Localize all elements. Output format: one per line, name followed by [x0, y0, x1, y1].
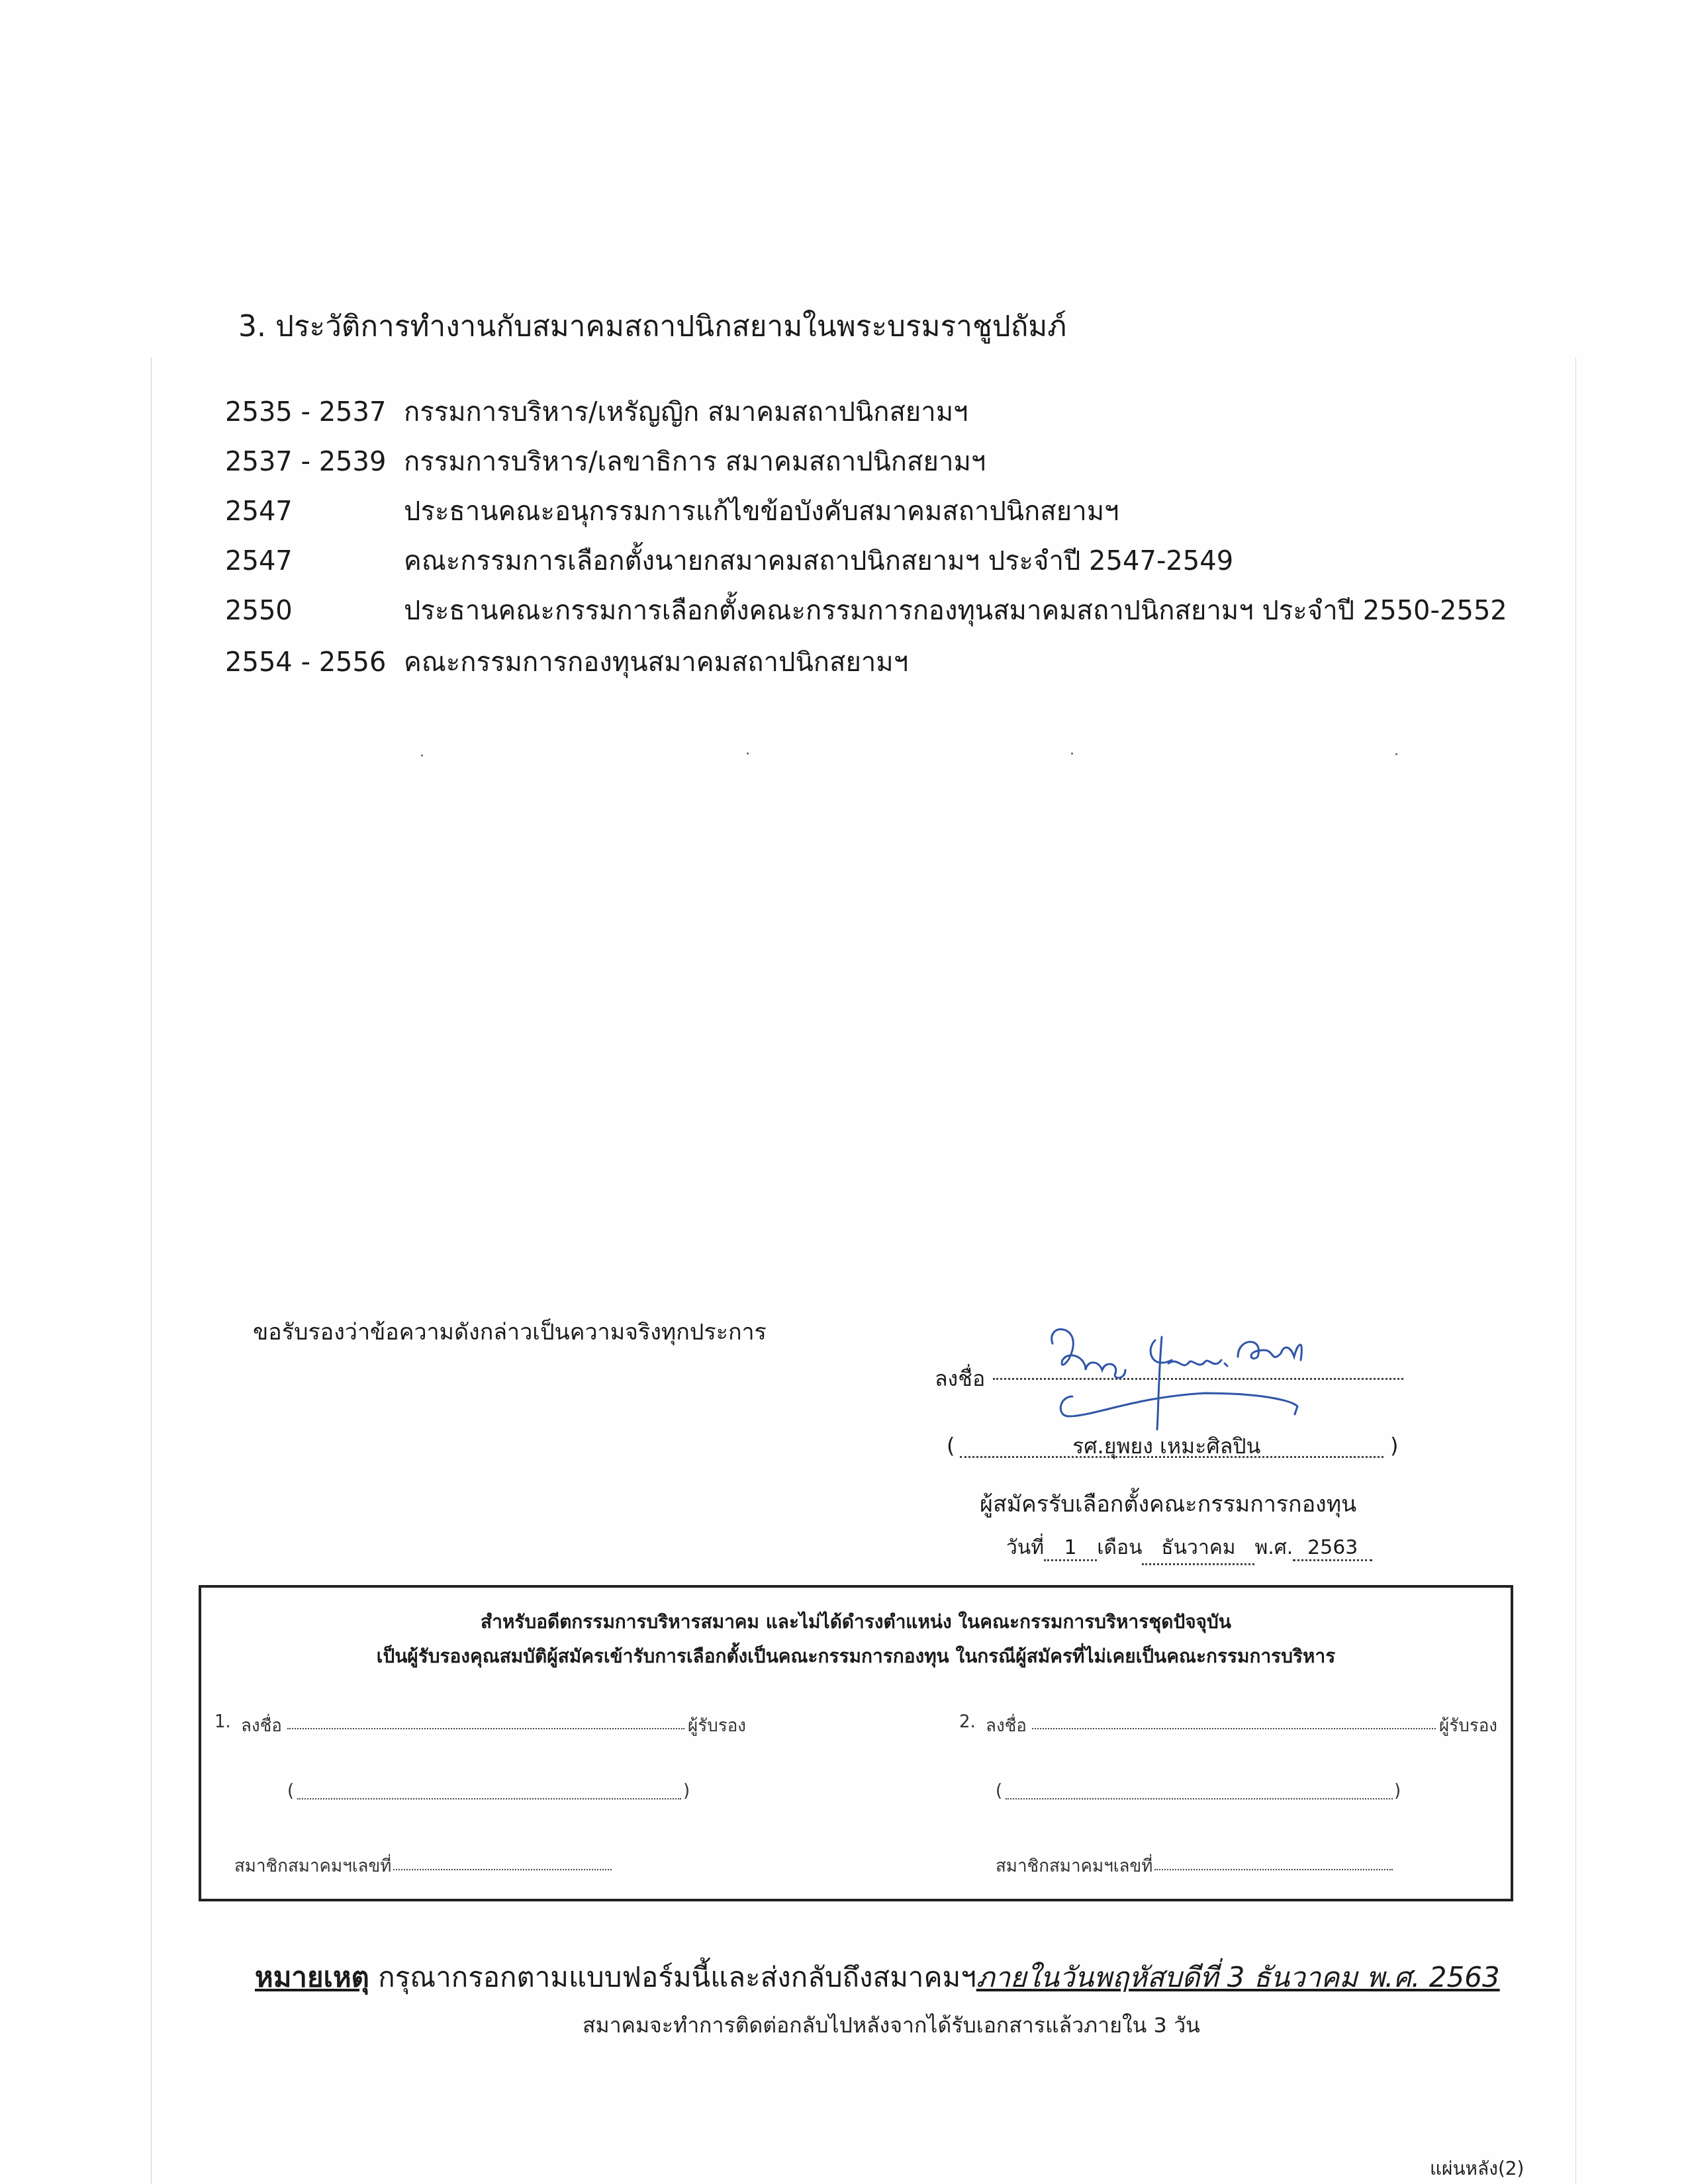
history-years: 2537 - 2539 [225, 447, 404, 477]
history-row: 2547ประธานคณะอนุกรรมการแก้ไขข้อบังคับสมา… [225, 490, 1119, 532]
sign-label: ลงชื่อ [935, 1362, 985, 1396]
endorser-box: สำหรับอดีตกรรมการบริหารสมาคม และไม่ได้ดำ… [199, 1585, 1513, 1901]
history-position: กรรมการบริหาร/เลขาธิการ สมาคมสถาปนิกสยาม… [404, 447, 986, 477]
history-position: คณะกรรมการเลือกตั้งนายกสมาคมสถาปนิกสยามฯ… [404, 546, 1233, 576]
name-open-paren: ( [947, 1433, 955, 1458]
history-row: 2547คณะกรรมการเลือกตั้งนายกสมาคมสถาปนิกส… [225, 539, 1233, 582]
day-label: วันที่ [1006, 1536, 1044, 1559]
note-text: กรุณากรอกตามแบบฟอร์มนี้และส่งกลับถึงสมาค… [369, 1961, 976, 1993]
page-tag: แผ่นหลัง(2) [1430, 2154, 1524, 2183]
candidate-name: รศ.ยุพยง เหมะศิลปิน [1072, 1430, 1260, 1463]
endorser-2-name-line[interactable] [1006, 1798, 1393, 1799]
note: หมายเหตุ กรุณากรอกตามแบบฟอร์มนี้และส่งกล… [255, 1956, 1500, 1999]
endorser-2-sign-label: ลงชื่อ [986, 1712, 1027, 1739]
endorser-1-paren: ( [287, 1781, 294, 1801]
history-years: 2550 [225, 596, 404, 626]
scan-speck [1071, 752, 1073, 754]
endorser-2-member-line[interactable] [1154, 1869, 1393, 1870]
history-row: 2537 - 2539กรรมการบริหาร/เลขาธิการ สมาคม… [225, 440, 986, 482]
endorser-1-role: ผู้รับรอง [688, 1712, 746, 1739]
history-years: 2547 [225, 546, 404, 576]
history-years: 2547 [225, 496, 404, 527]
endorser-1-member-label: สมาชิกสมาคมฯเลขที่ [234, 1852, 391, 1880]
date-line: วันที่1เดือนธันวาคมพ.ศ.2563 [1006, 1532, 1372, 1565]
history-position: กรรมการบริหาร/เหรัญญิก สมาคมสถาปนิกสยามฯ [404, 397, 968, 428]
history-row: 2535 - 2537กรรมการบริหาร/เหรัญญิก สมาคมส… [225, 390, 968, 433]
year-label: พ.ศ. [1254, 1536, 1293, 1559]
scan-speck [747, 752, 749, 754]
endorser-1-name-line[interactable] [297, 1798, 681, 1799]
endorser-2-number: 2. [959, 1712, 976, 1732]
history-row: 2554 - 2556คณะกรรมการกองทุนสมาคมสถาปนิกส… [225, 641, 908, 683]
followup-note: สมาคมจะทำการติดต่อกลับไปหลังจากได้รับเอก… [583, 2009, 1200, 2042]
endorser-1-number: 1. [214, 1712, 231, 1732]
document-page: 3. ประวัติการทำงานกับสมาคมสถาปนิกสยามในพ… [0, 0, 1688, 2184]
endorser-1-signature-line[interactable] [287, 1728, 684, 1729]
note-deadline: ภายในวันพฤหัสบดีที่ 3 ธันวาคม พ.ศ. 2563 [976, 1961, 1500, 1993]
endorser-1-sign-label: ลงชื่อ [241, 1712, 282, 1739]
history-row: 2550ประธานคณะกรรมการเลือกตั้งคณะกรรมการก… [225, 589, 1507, 631]
history-years: 2554 - 2556 [225, 647, 404, 678]
endorser-2-signature-line[interactable] [1032, 1728, 1436, 1729]
endorser-2-member-label: สมาชิกสมาคมฯเลขที่ [996, 1852, 1152, 1880]
day-value: 1 [1044, 1536, 1097, 1561]
candidate-role: ผู้สมัครรับเลือกตั้งคณะกรรมการกองทุน [980, 1486, 1356, 1522]
scan-edge [1575, 357, 1576, 2184]
history-years: 2535 - 2537 [225, 397, 404, 428]
endorser-1-member-line[interactable] [393, 1869, 612, 1870]
endorser-box-title-1: สำหรับอดีตกรรมการบริหารสมาคม และไม่ได้ดำ… [201, 1608, 1511, 1637]
endorser-2-paren: ( [996, 1781, 1002, 1801]
endorser-box-title-2: เป็นผู้รับรองคุณสมบัติผู้สมัครเข้ารับการ… [201, 1642, 1511, 1671]
history-position: คณะกรรมการกองทุนสมาคมสถาปนิกสยามฯ [404, 647, 908, 678]
endorser-2-paren: ) [1394, 1781, 1401, 1801]
scan-edge [151, 357, 152, 2184]
history-position: ประธานคณะกรรมการเลือกตั้งคณะกรรมการกองทุ… [404, 596, 1507, 626]
section-heading: 3. ประวัติการทำงานกับสมาคมสถาปนิกสยามในพ… [238, 303, 1066, 349]
note-label: หมายเหตุ [255, 1961, 369, 1993]
name-close-paren: ) [1390, 1433, 1398, 1458]
endorser-1-paren: ) [683, 1781, 690, 1801]
certification-statement: ขอรับรองว่าข้อความดังกล่าวเป็นความจริงทุ… [253, 1314, 767, 1349]
month-value: ธันวาคม [1142, 1532, 1254, 1565]
scan-speck [1395, 753, 1397, 755]
history-position: ประธานคณะอนุกรรมการแก้ไขข้อบังคับสมาคมสถ… [404, 496, 1119, 527]
endorser-2-role: ผู้รับรอง [1439, 1712, 1497, 1739]
month-label: เดือน [1097, 1536, 1142, 1559]
year-value: 2563 [1293, 1536, 1372, 1561]
handwritten-signature [1039, 1324, 1344, 1436]
scan-speck [421, 754, 423, 756]
